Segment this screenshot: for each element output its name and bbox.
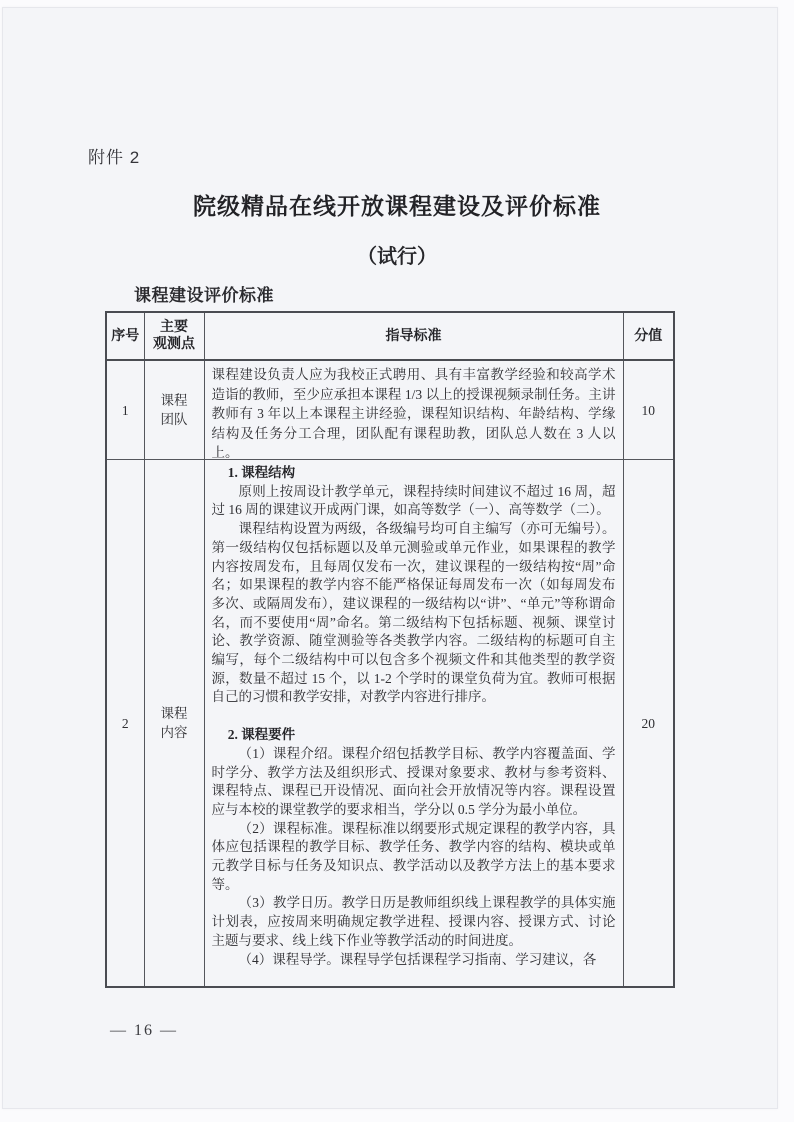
- observation-point-cell: 课程 内容: [144, 460, 204, 988]
- observation-point-cell: 课程 团队: [144, 360, 204, 460]
- table-row: 2课程 内容1. 课程结构原则上按周设计教学单元，课程持续时间建议不超过 16 …: [106, 460, 674, 988]
- standard-paragraph: 课程结构设置为两级，各级编号均可自主编写（亦可无编号）。第一级结构仅包括标题以及…: [212, 520, 616, 707]
- guidance-standard-content: 1. 课程结构原则上按周设计教学单元，课程持续时间建议不超过 16 周，超过 1…: [205, 460, 623, 986]
- standard-paragraph: 课程建设负责人应为我校正式聘用、具有丰富教学经验和较高学术造诣的教师，至少应承担…: [212, 365, 616, 459]
- col-header-standard: 指导标准: [204, 312, 623, 360]
- standard-paragraph: 原则上按周设计教学单元，课程持续时间建议不超过 16 周，超过 16 周的课建议…: [212, 483, 616, 520]
- score-cell: 10: [623, 360, 674, 460]
- row-number-cell: 2: [106, 460, 144, 988]
- document-subtitle: （试行）: [0, 240, 794, 269]
- document-title: 院级精品在线开放课程建设及评价标准: [0, 188, 794, 221]
- guidance-standard-cell: 1. 课程结构原则上按周设计教学单元，课程持续时间建议不超过 16 周，超过 1…: [204, 460, 623, 988]
- col-header-no: 序号: [106, 312, 144, 360]
- evaluation-table: 序号主要 观测点指导标准分值 1课程 团队课程建设负责人应为我校正式聘用、具有丰…: [105, 311, 675, 988]
- col-header-score: 分值: [623, 312, 674, 360]
- attachment-label: 附件 2: [88, 143, 140, 168]
- section-heading: 课程建设评价标准: [134, 281, 274, 306]
- guidance-standard-cell: 课程建设负责人应为我校正式聘用、具有丰富教学经验和较高学术造诣的教师，至少应承担…: [204, 360, 623, 460]
- standard-paragraph: （1）课程介绍。课程介绍包括教学目标、教学内容覆盖面、学时学分、教学方法及组织形…: [212, 745, 616, 820]
- table-header-row: 序号主要 观测点指导标准分值: [106, 312, 674, 360]
- standard-paragraph: （3）教学日历。教学日历是教师组织线上课程教学的具体实施计划表，应按周来明确规定…: [212, 894, 616, 950]
- col-header-point: 主要 观测点: [144, 312, 204, 360]
- standard-section-heading: 1. 课程结构: [212, 464, 616, 483]
- score-cell: 20: [623, 460, 674, 988]
- standard-section-heading: 2. 课程要件: [212, 726, 616, 745]
- standard-paragraph: （4）课程导学。课程导学包括课程学习指南、学习建议，各: [212, 951, 616, 970]
- guidance-standard-content: 课程建设负责人应为我校正式聘用、具有丰富教学经验和较高学术造诣的教师，至少应承担…: [205, 361, 623, 459]
- scanned-document: { "page": { "attachment_label": "附件 2", …: [0, 0, 794, 1122]
- table-row: 1课程 团队课程建设负责人应为我校正式聘用、具有丰富教学经验和较高学术造诣的教师…: [106, 360, 674, 460]
- standard-paragraph: （2）课程标准。课程标准以纲要形式规定课程的教学内容，具体应包括课程的教学目标、…: [212, 820, 616, 895]
- row-number-cell: 1: [106, 360, 144, 460]
- page-number: — 16 —: [110, 1022, 178, 1040]
